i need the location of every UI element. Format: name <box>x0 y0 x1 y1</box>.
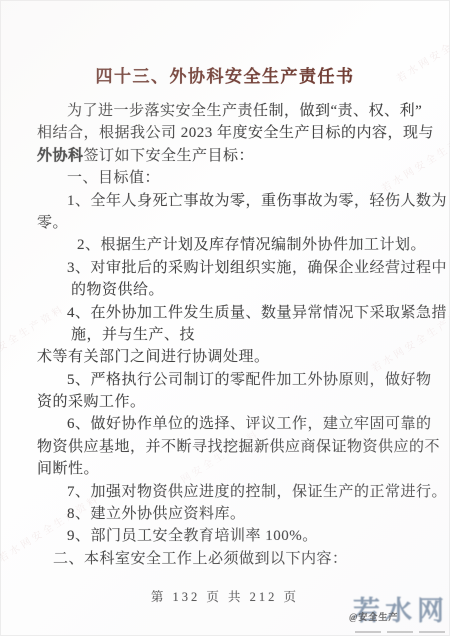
list-item: 5、严格执行公司制订的零配件加工外协原则，做好物 <box>37 369 422 391</box>
list-item: 3、对审批后的采购计划组织实施，确保企业经营过程中 <box>37 257 422 279</box>
list-item: 7、加强对物资供应进度的控制，保证生产的正常进行。 <box>37 481 422 503</box>
paragraph-line: 间断性。 <box>37 458 422 480</box>
list-item: 4、在外协加工件发生质量、数量异常情况下采取紧急措 <box>37 302 422 324</box>
list-item: 1、全年人身死亡事故为零，重伤事故为零，轻伤人数为 <box>37 190 422 212</box>
list-item: 9、部门员工安全教育培训率 100%。 <box>37 525 422 547</box>
section-heading: 二、本科室安全工作上必须做到以下内容： <box>37 548 422 570</box>
bold-department-name: 外协科 <box>37 148 84 164</box>
list-item: 2、根据生产计划及库存情况编制外协件加工计划。 <box>37 234 422 256</box>
paragraph-line: 术等有关部门之间进行协调处理。 <box>37 346 422 368</box>
paragraph-line: 外协科签订如下安全生产目标： <box>37 145 422 167</box>
list-item: 6、做好协作单位的选择、评议工作，建立牢固可靠的 <box>37 413 422 435</box>
logo-overlay-credit: @安全生产 <box>349 610 398 623</box>
section-heading: 一、目标值： <box>37 167 422 189</box>
paragraph-line: 施，并与生产、技 <box>37 324 422 346</box>
ruoshui-site-logo: 若水网 @安全生产 <box>353 594 449 634</box>
paragraph-line: 的物资供给。 <box>37 279 422 301</box>
scanned-document-page: 若水网安全生产资料 若水网安全生产资料 若水网安全生产资料 若水网安全生产资料 … <box>0 0 450 636</box>
paragraph-line: 物资供应基地，并不断寻找挖掘新供应商保证物资供应的不 <box>37 436 422 458</box>
logo-subtext-marks <box>355 631 445 634</box>
list-item: 8、建立外协供应资料库。 <box>37 503 422 525</box>
paragraph-line: 资的采购工作。 <box>37 391 422 413</box>
paragraph-line: 为了进一步落实安全生产责任制，做到“责、权、利” <box>37 100 422 122</box>
document-body: 为了进一步落实安全生产责任制，做到“责、权、利” 相结合，根据我公司 2023 … <box>37 100 422 570</box>
paragraph-line: 零。 <box>37 212 422 234</box>
document-title: 四十三、外协科安全生产责任书 <box>0 62 450 87</box>
paragraph-line: 相结合，根据我公司 2023 年度安全生产目标的内容，现与 <box>37 122 422 144</box>
paragraph-text: 签订如下安全生产目标： <box>84 148 255 164</box>
